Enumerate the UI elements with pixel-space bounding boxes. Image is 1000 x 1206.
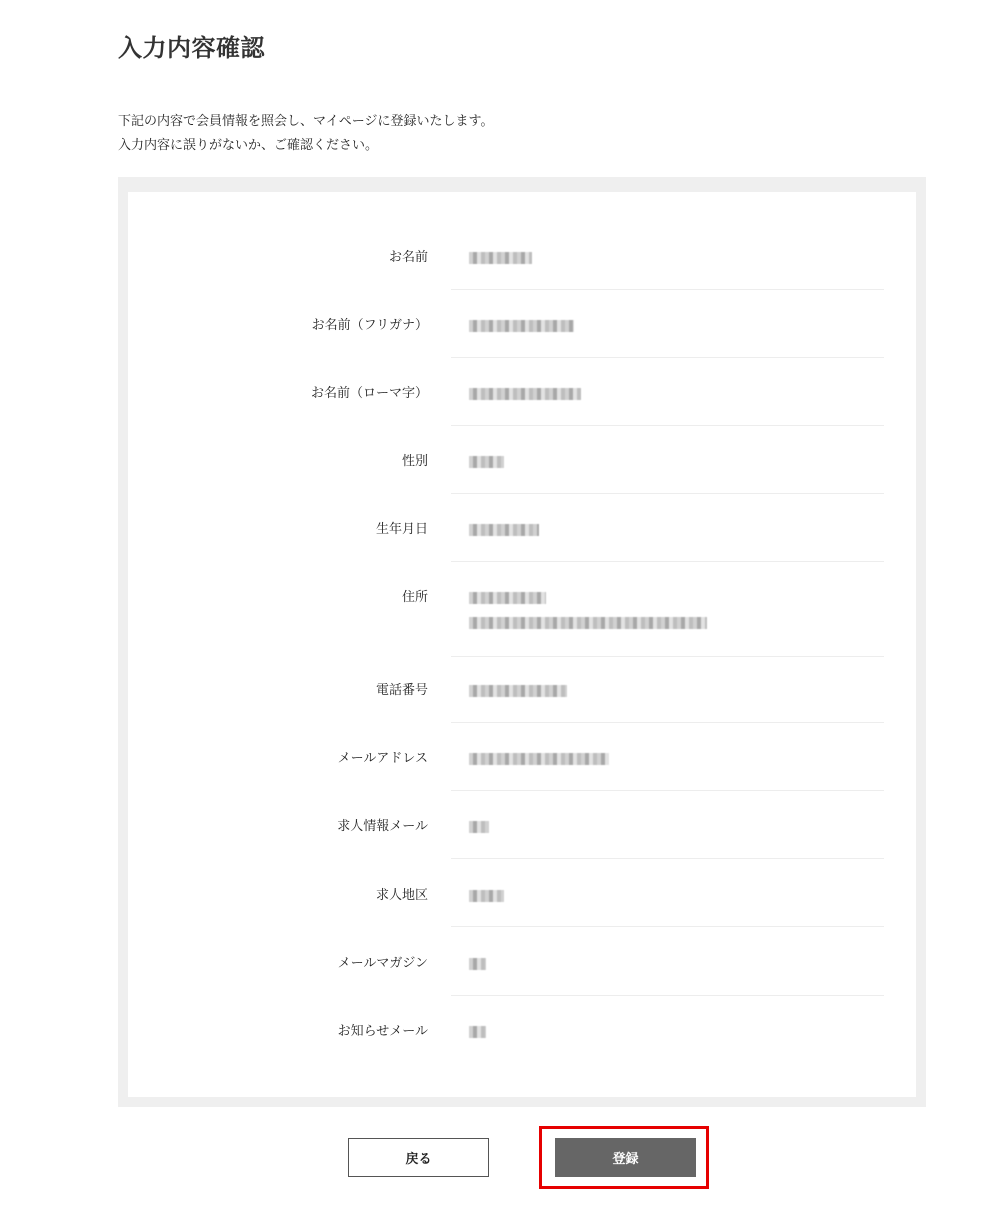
row-divider <box>451 357 884 358</box>
field-label: 電話番号 <box>168 682 428 700</box>
field-value <box>469 685 567 697</box>
row-divider <box>451 425 884 426</box>
confirmation-frame: お名前 お名前（フリガナ） お名前（ローマ字） 性別 生年月日 住所 <box>118 177 926 1107</box>
redacted-value-line-2 <box>469 617 707 629</box>
redacted-value <box>469 1026 486 1038</box>
field-label: 求人地区 <box>168 887 428 905</box>
field-label: 求人情報メール <box>168 818 428 836</box>
field-value <box>469 320 574 332</box>
field-label: お名前 <box>168 249 428 267</box>
redacted-value <box>469 958 486 970</box>
intro-line-1: 下記の内容で会員情報を照会し、マイページに登録いたします。 <box>118 110 493 134</box>
field-value <box>469 252 532 264</box>
redacted-value <box>469 252 532 264</box>
row-divider <box>451 995 884 996</box>
field-value <box>469 958 486 970</box>
field-value <box>469 890 504 902</box>
redacted-value <box>469 821 489 833</box>
redacted-value <box>469 456 504 468</box>
row-divider <box>451 493 884 494</box>
intro-text: 下記の内容で会員情報を照会し、マイページに登録いたします。 入力内容に誤りがない… <box>118 110 493 158</box>
redacted-value <box>469 685 567 697</box>
row-divider <box>451 926 884 927</box>
row-divider <box>451 858 884 859</box>
register-button[interactable]: 登録 <box>555 1138 696 1177</box>
row-divider <box>451 561 884 562</box>
row-divider <box>451 656 884 657</box>
row-divider <box>451 790 884 791</box>
field-label: 性別 <box>168 453 428 471</box>
field-label: お名前（フリガナ） <box>168 317 428 335</box>
intro-line-2: 入力内容に誤りがないか、ご確認ください。 <box>118 134 493 158</box>
page-title: 入力内容確認 <box>118 30 265 66</box>
redacted-value <box>469 388 581 400</box>
field-value <box>469 592 707 629</box>
redacted-value <box>469 753 609 765</box>
redacted-value <box>469 592 546 604</box>
row-divider <box>451 722 884 723</box>
field-value <box>469 821 489 833</box>
field-label: 生年月日 <box>168 521 428 539</box>
field-label: メールマガジン <box>168 955 428 973</box>
field-value <box>469 388 581 400</box>
field-label: お名前（ローマ字） <box>168 385 428 403</box>
field-value <box>469 456 504 468</box>
redacted-value <box>469 320 574 332</box>
row-divider <box>451 289 884 290</box>
confirmation-panel: お名前 お名前（フリガナ） お名前（ローマ字） 性別 生年月日 住所 <box>128 192 916 1097</box>
field-value <box>469 753 609 765</box>
field-value <box>469 1026 486 1038</box>
field-value <box>469 524 539 536</box>
field-label: お知らせメール <box>168 1023 428 1041</box>
field-label: メールアドレス <box>168 750 428 768</box>
back-button[interactable]: 戻る <box>348 1138 489 1177</box>
redacted-value <box>469 524 539 536</box>
redacted-value <box>469 890 504 902</box>
field-label: 住所 <box>168 589 428 607</box>
